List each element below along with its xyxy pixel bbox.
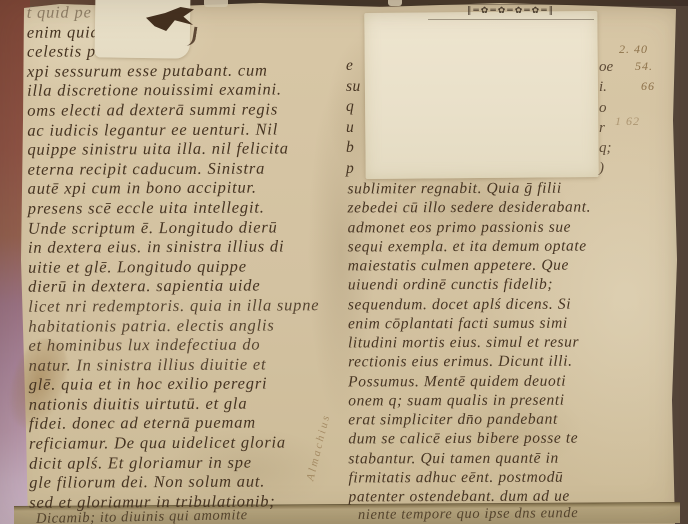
manuscript-photo: ‖═✿═✿═✿═✿═‖ t quid peenim quid pcelestis… — [0, 0, 688, 524]
ornament-band: ‖═✿═✿═✿═✿═‖ — [428, 4, 594, 20]
manuscript-text-line: eterna recipit caducum. Sinistra — [27, 158, 318, 179]
repair-patch-top-right — [364, 11, 598, 179]
manuscript-text-line: dicit aplś. Et gloriamur in spe — [29, 452, 320, 473]
manuscript-text-line: oms electi ad dexterā summi regis — [27, 99, 318, 120]
manuscript-text-line: ac iudicis legantur ee uenturi. Nil — [27, 119, 318, 140]
margin-number: 66 — [641, 79, 655, 94]
manuscript-text-line: autē xpi cum in bono accipitur. — [28, 178, 319, 199]
manuscript-text-line: dierū in dextera. sapientia uide — [28, 276, 319, 297]
manuscript-text-line: maiestatis culmen appetere. Que — [348, 256, 592, 276]
manuscript-text-line: fidei. donec ad eternā puemam — [29, 413, 320, 434]
manuscript-text-line: sublimiter regnabit. Quia ḡ filii — [347, 179, 591, 199]
line-end-fragment: ) — [599, 158, 613, 178]
line-start-fragment: b — [346, 138, 361, 159]
manuscript-text-line: reficiamur. De qua uidelicet gloria — [29, 432, 320, 453]
line-end-fragment: oe — [599, 57, 613, 77]
line-start-fragment: p — [346, 159, 361, 180]
line-start-fragment: su — [346, 77, 361, 98]
right-column-line-starts: esuqubp — [346, 56, 361, 179]
manuscript-text-line: zebedei cū illo sedere desiderabant. — [347, 198, 591, 218]
right-column-line-ends: oei.orq;) — [599, 57, 613, 179]
manuscript-text-line: nationis diuitis uirtutū. et gla — [29, 393, 320, 414]
right-text-column: sublimiter regnabit. Quia ḡ filiizebedei… — [347, 179, 592, 507]
manuscript-text-line: presens scē eccle uita intellegit. — [28, 197, 319, 218]
manuscript-text-line: glē. quia et in hoc exilio peregri — [29, 374, 320, 395]
margin-number: 54. — [635, 59, 653, 74]
line-start-fragment: q — [346, 97, 361, 118]
manuscript-text-line: habitationis patria. electis anglis — [28, 315, 319, 336]
manuscript-text-line: Possumus. Mentē quidem deuoti — [348, 371, 592, 391]
tape-fragment — [388, 0, 402, 6]
manuscript-text-line: natur. In sinistra illius diuitie et — [29, 354, 320, 375]
manuscript-text-line: quippe sinistru uita illa. nil felicita — [27, 138, 318, 159]
manuscript-text-line: onem q; suam qualis in presenti — [348, 390, 592, 410]
manuscript-text-line: uitie et glē. Longitudo quippe — [28, 256, 319, 277]
manuscript-text-line: litudini mortis eius. simul et resur — [348, 333, 592, 353]
manuscript-text-line: stabantur. Qui tamen quantē in — [348, 448, 592, 468]
manuscript-text-line: rectionis eius erimus. Dicunt illi. — [348, 352, 592, 372]
manuscript-text-line: gle filiorum dei. Non solum aut. — [29, 471, 320, 492]
manuscript-text-line: xpi sessurum esse putabant. cum — [27, 60, 318, 81]
manuscript-text-line: Unde scriptum ē. Longitudo dierū — [28, 217, 319, 238]
line-start-fragment: u — [346, 118, 361, 139]
manuscript-text-line: erat simpliciter dn̄o pandebant — [348, 410, 592, 430]
line-end-fragment: i. — [599, 77, 613, 97]
margin-number: 2. 40 — [619, 42, 648, 57]
line-end-fragment: q; — [599, 138, 613, 158]
left-fold-line: Dicamib; ito diuinis qui amomite — [36, 507, 248, 524]
line-end-fragment: o — [599, 98, 613, 118]
manuscript-text-line: licet nri redemptoris. quia in illa supn… — [28, 295, 319, 316]
manuscript-text-line: in dextera eius. in sinistra illius di — [28, 236, 319, 257]
manuscript-text-line: uiuendi ordinē cunctis fidelib; — [348, 275, 592, 295]
manuscript-text-line: et hominibus lux indefectiua do — [28, 334, 319, 355]
manuscript-text-line: patenter ostendebant. dum ad ue — [349, 487, 593, 507]
line-end-fragment: r — [599, 118, 613, 138]
left-text-column: t quid peenim quid pcelestis patrxpi ses… — [27, 1, 321, 512]
manuscript-text-line: dum se calicē eius bibere posse te — [348, 429, 592, 449]
margin-number: 1 62 — [615, 114, 640, 129]
line-start-fragment: e — [346, 56, 361, 77]
manuscript-text-line: enim cōplantati facti sumus simi — [348, 313, 592, 333]
manuscript-text-line: sequendum. docet aplś dicens. Si — [348, 294, 592, 314]
manuscript-text-line: admonet eos primo passionis sue — [348, 217, 592, 237]
manuscript-text-line: firmitatis adhuc eēnt. postmodū — [348, 467, 592, 487]
right-fold-line: niente tempore quo ipse dns eunde — [358, 505, 578, 524]
manuscript-text-line: sequi exempla. et ita demum optate — [348, 236, 592, 256]
manuscript-text-line: illa discretione nouissimi examini. — [27, 80, 318, 101]
